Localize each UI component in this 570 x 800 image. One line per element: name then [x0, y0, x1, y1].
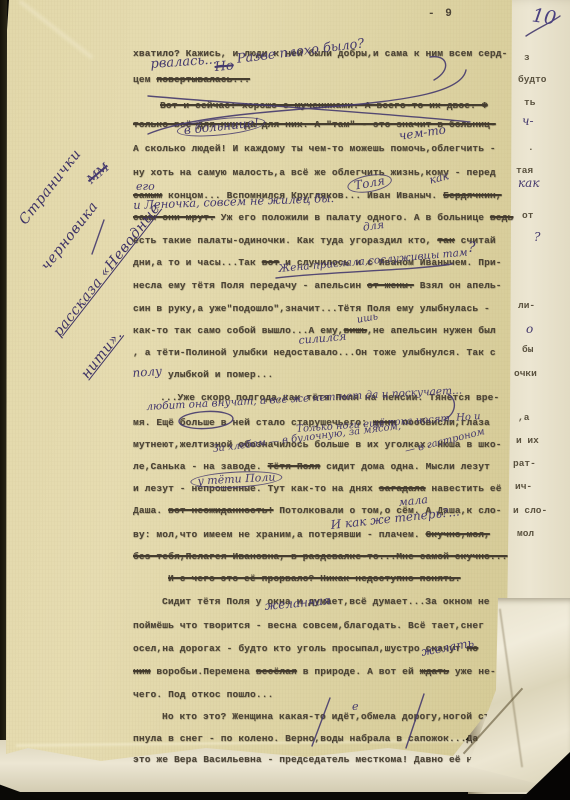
typed-line: Но кто это? Женщина какая-то идёт,обмела…	[162, 711, 501, 722]
struck-text: Бердячкин,	[443, 190, 502, 201]
strip-hand-fragment: ?	[534, 230, 540, 244]
typed-line: сами они мрут. Уж его положили в палату …	[133, 212, 513, 223]
strip-typed-fragment: з	[524, 52, 530, 63]
handwritten-annotation: его	[136, 180, 155, 193]
strip-typed-fragment: тая	[516, 165, 533, 176]
struck-text: загадала	[379, 483, 426, 494]
strip-typed-fragment: от	[522, 210, 533, 221]
handwritten-annotation: Но	[214, 58, 234, 75]
strip-typed-fragment: .	[528, 142, 534, 153]
handwritten-annotation: ?	[468, 240, 476, 256]
typed-text: чего. Под откос пошло...	[133, 689, 273, 700]
typed-text: осел,на дорогах - будто кто уголь просып…	[133, 643, 467, 654]
typed-line: ву: мол,что имеем не храним,а потерявши …	[133, 529, 490, 540]
strip-typed-fragment: мол	[517, 528, 534, 539]
struck-text: ждать	[420, 666, 449, 677]
strip-hand-fragment: о	[526, 322, 533, 336]
strip-typed-fragment: очки	[514, 368, 537, 379]
typed-line: И с чего это её прорвало? Никак недоступ…	[168, 573, 461, 584]
struck-text: так	[437, 235, 455, 246]
typed-text: поймёшь что творится - весна совсем,благ…	[133, 620, 484, 631]
typed-line: син в руку,а уже"подошло",значит...Тётя …	[133, 303, 490, 314]
typed-line: ле,Санька - на заводе. Тётя Поля сидит д…	[133, 461, 490, 472]
scan-bottom-edge	[0, 787, 570, 800]
typed-text: ву: мол,что имеем не храним,а потерявши …	[133, 529, 426, 540]
typed-text: сидит дома одна. Мысли лезут	[320, 461, 490, 472]
strip-typed-fragment: ть	[524, 97, 535, 108]
typed-text: Уж его положили в палату одного. А в бол…	[215, 212, 490, 223]
struck-text: вишь	[344, 325, 367, 336]
typed-line: пнула в снег - по колено. Верно,воды наб…	[133, 733, 478, 744]
struck-text: от жены.	[367, 280, 414, 291]
struck-text: повертывалась...	[156, 74, 250, 85]
struck-text: вот	[262, 257, 280, 268]
strip-typed-fragment: и их	[516, 435, 539, 446]
typed-line: есть такие палаты-одиночки. Как туда уго…	[133, 235, 496, 246]
strip-typed-fragment: ,а	[518, 412, 529, 423]
strip-typed-fragment: рат-	[513, 458, 536, 469]
typed-text: есть такие палаты-одиночки. Как туда уго…	[133, 235, 437, 246]
typed-line: , а тёти-Полиной улыбки недоставало...Он…	[133, 347, 496, 358]
typed-line: цем повертывалась...	[133, 74, 250, 85]
handwritten-annotation: е	[352, 700, 359, 713]
typed-line: Вот и сейчас: хорошо с мучениками. А все…	[160, 100, 488, 111]
typed-line: и лезут - непрошенные. Тут как-то на дня…	[133, 483, 502, 494]
scanned-manuscript-photo: збудтотьч-.таякакот?ли-обыочки,аи ихрат-…	[0, 0, 570, 800]
typed-text: цем	[133, 74, 156, 85]
struck-text: Скучно,мол,	[426, 529, 490, 540]
typed-text: , а тёти-Полиной улыбки недоставало...Он…	[133, 347, 496, 358]
struck-text: весёлая	[256, 666, 297, 677]
typed-page-number: - 9	[428, 8, 454, 20]
typed-line: это же Вера Васильевна - председатель ме…	[133, 754, 478, 765]
typed-text: воробьи.Перемена	[151, 666, 256, 677]
typed-text: пнула в снег - по колено. Верно,воды наб…	[133, 733, 478, 744]
typed-text: Даша.	[133, 505, 168, 516]
typed-text: син в руку,а уже"подошло",значит...Тётя …	[133, 303, 490, 314]
strip-hand-fragment: как	[518, 176, 540, 190]
typed-line: ним воробьи.Перемена весёлая в природе. …	[133, 666, 496, 677]
typed-text: дни,а то и часы...Так	[133, 257, 262, 268]
strip-typed-fragment: ли-	[518, 300, 535, 311]
typed-text: улыбкой и помер...	[168, 369, 273, 380]
strip-typed-fragment: будто	[518, 74, 547, 85]
strip-typed-fragment: ич-	[515, 481, 532, 492]
typed-text: Но кто это? Женщина какая-то идёт,обмела…	[162, 711, 501, 722]
struck-text: ним	[133, 666, 151, 677]
typed-line: чего. Под откос пошло...	[133, 689, 273, 700]
typed-text: уже не-	[449, 666, 496, 677]
typed-line: поймёшь что творится - весна совсем,благ…	[133, 620, 484, 631]
struck-text: И с чего это её прорвало? Никак недоступ…	[168, 573, 461, 584]
typed-text: несла ему тётя Поля передачу - апельсин	[133, 280, 367, 291]
typed-line: А сколько людей! И каждому ты чем-то мож…	[133, 143, 496, 154]
handwritten-page-number: 10	[531, 4, 558, 29]
typed-line: улыбкой и помер...	[168, 369, 273, 380]
struck-text: ведь	[490, 212, 513, 223]
typed-text: ,не апельсин нужен был	[367, 325, 496, 336]
strip-typed-fragment: бы	[522, 344, 533, 355]
struck-text: Вот и сейчас: хорошо с мучениками. А все…	[160, 100, 488, 111]
strip-hand-fragment: ч-	[522, 114, 534, 128]
typed-text: навестить её	[426, 483, 502, 494]
struck-text: Тётя Поля	[268, 461, 321, 472]
handwritten-annotation: полу	[132, 364, 162, 380]
typed-text: это же Вера Васильевна - председатель ме…	[133, 754, 478, 765]
typed-text: Взял он апель-	[414, 280, 502, 291]
struck-text: вот неожиданность!	[168, 505, 273, 516]
scan-left-edge	[0, 0, 7, 800]
typed-line: несла ему тётя Поля передачу - апельсин …	[133, 280, 502, 291]
typed-text: А сколько людей! И каждому ты чем-то мож…	[133, 143, 496, 154]
strip-typed-fragment: и сло-	[513, 505, 547, 516]
struck-text: без тебя,Пелагея Ивановна, в раздевалке-…	[133, 551, 507, 562]
typed-line: без тебя,Пелагея Ивановна, в раздевалке-…	[133, 551, 507, 562]
typed-text: в природе. А вот ей	[297, 666, 420, 677]
